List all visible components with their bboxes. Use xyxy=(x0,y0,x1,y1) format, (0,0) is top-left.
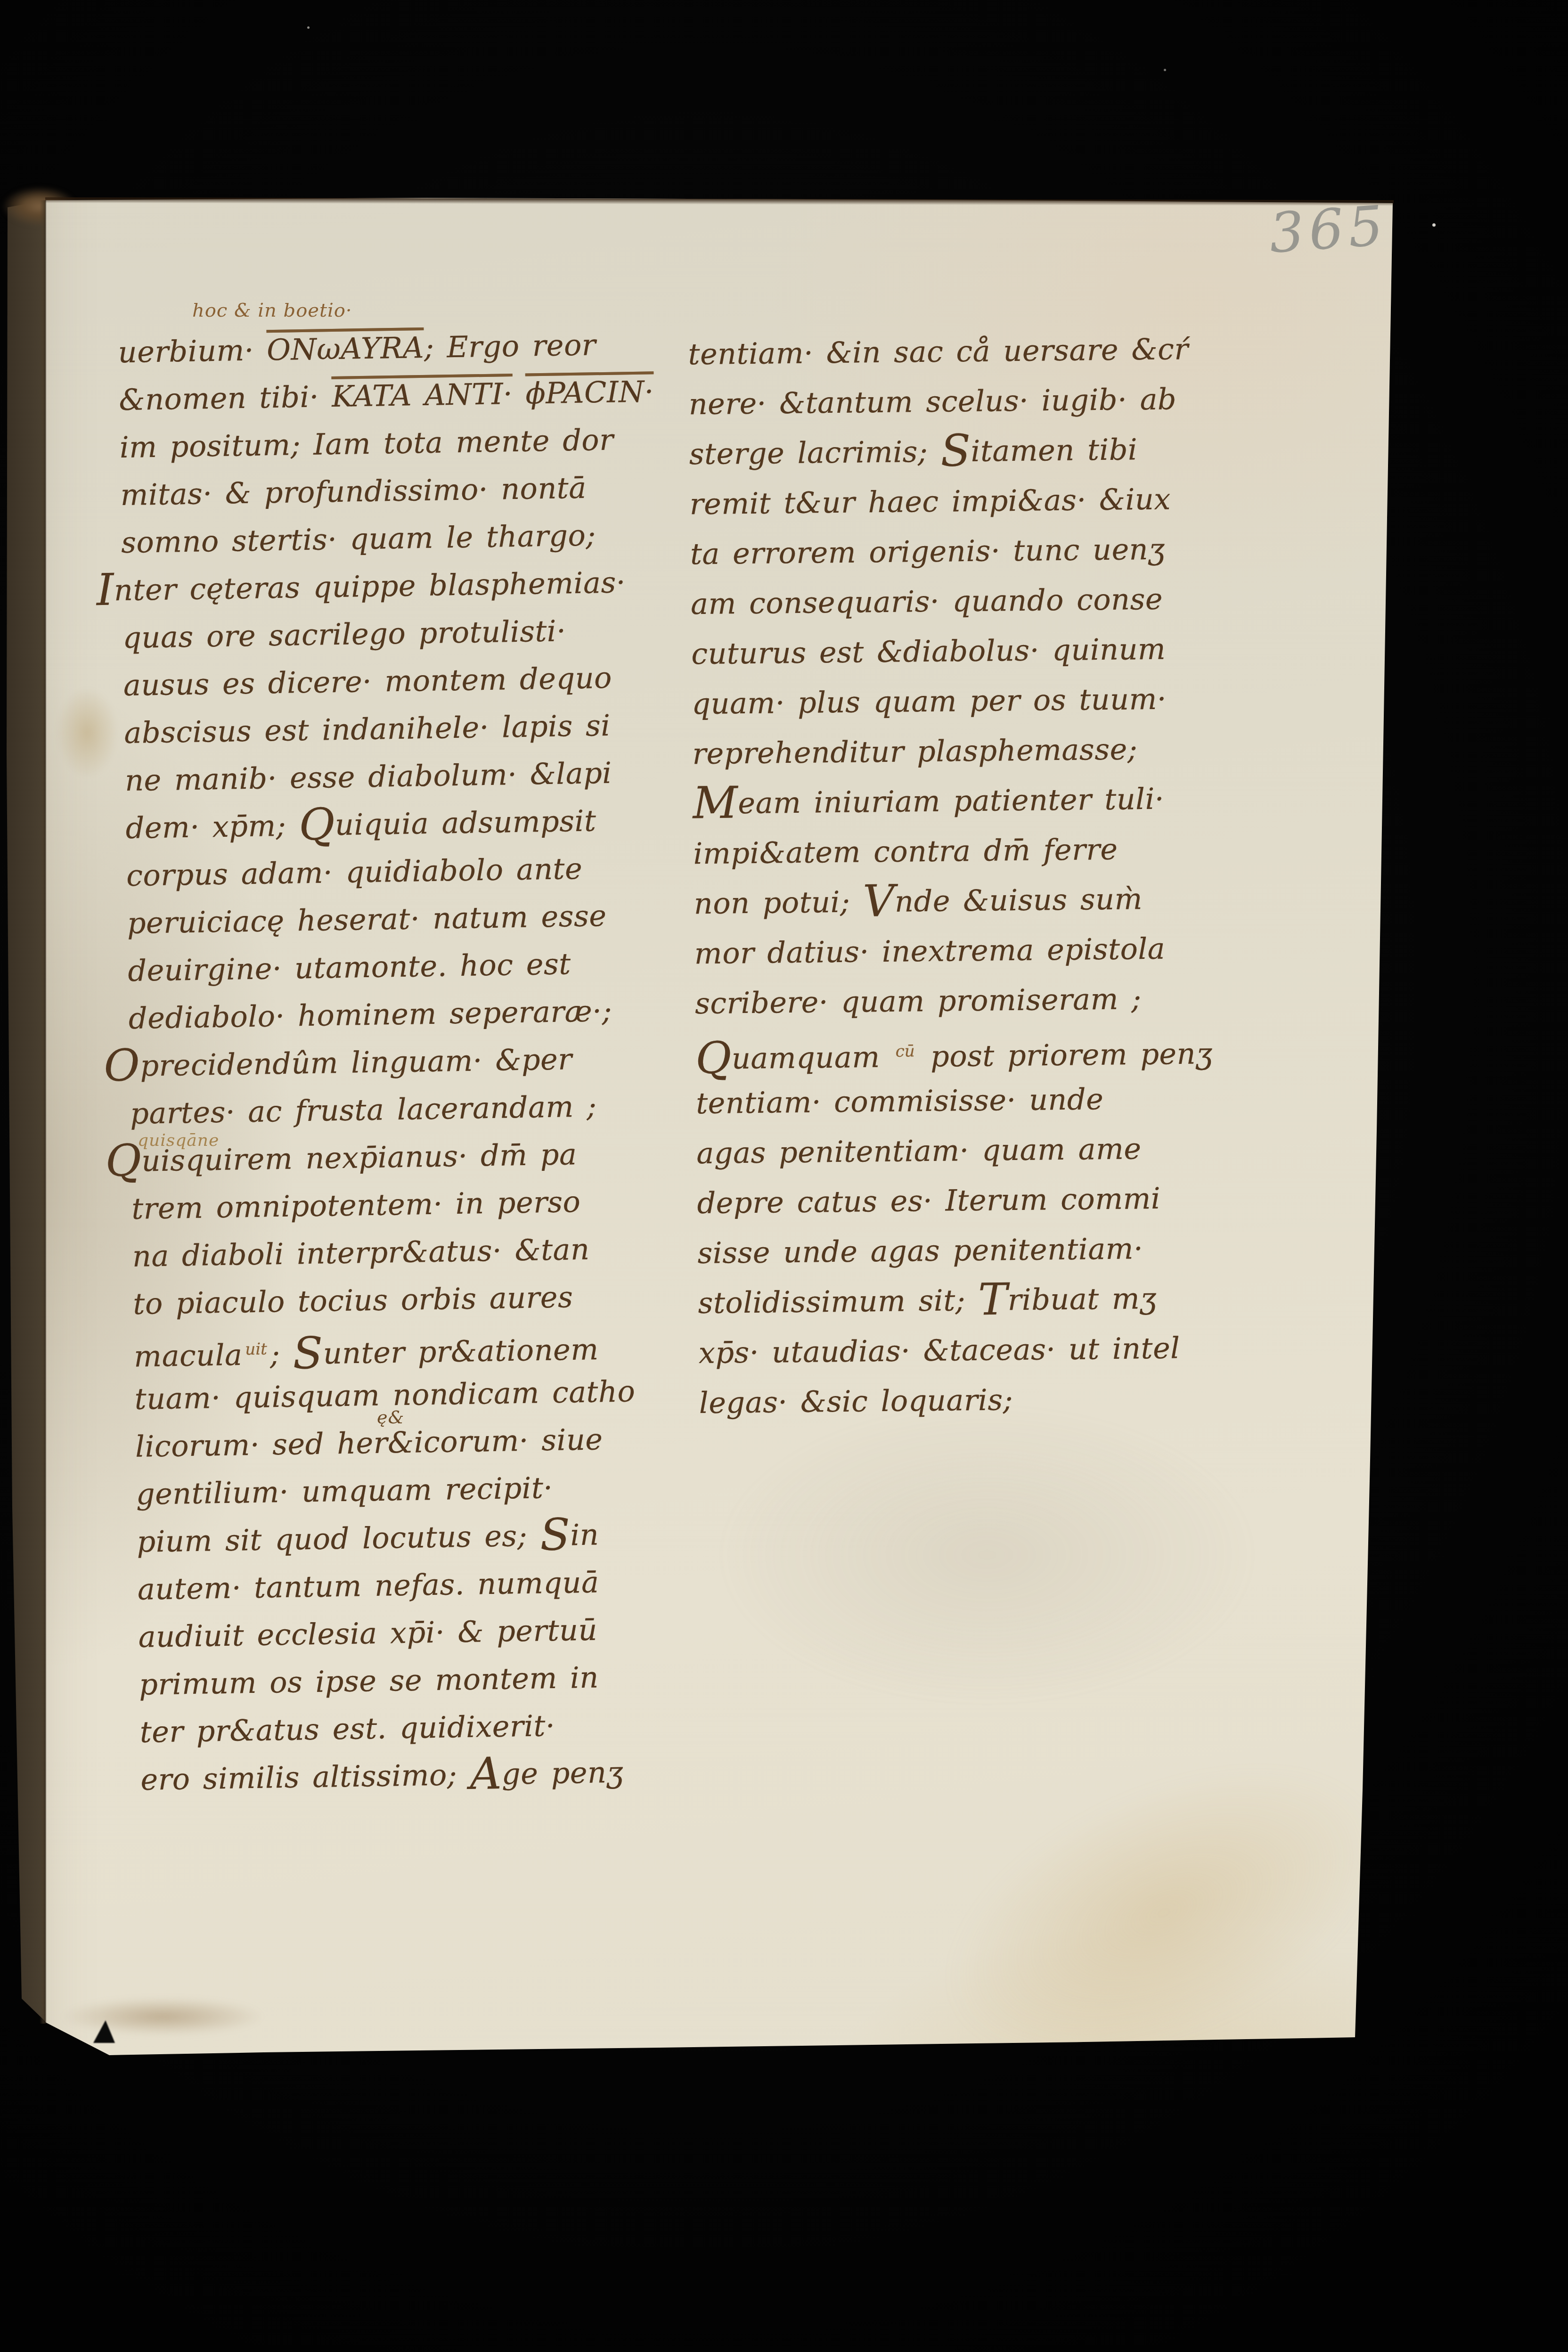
text-line: autem· tantum nefas. numquā xyxy=(112,1557,706,1614)
text-line: na diaboli interpr&atus· &tan xyxy=(106,1224,701,1281)
text-line: depre catus es· Iterum commi xyxy=(662,1172,1275,1229)
dust-speck xyxy=(1432,223,1436,227)
drop-cap: S xyxy=(293,1328,324,1379)
tie-overline: ONωAYRA xyxy=(267,330,425,367)
dust-speck xyxy=(1164,69,1166,71)
text-line: non potui; Vnde &uisus sum̀ xyxy=(659,873,1272,929)
parchment-hole-mark xyxy=(93,2020,115,2043)
drop-cap: A xyxy=(469,1748,502,1799)
text-line: Inter cęteras quippe blasphemias· xyxy=(96,557,690,614)
text-line: dem· xp̄m; Quiquia adsumpsit xyxy=(100,795,694,852)
text-line: to piaculo tocius orbis aures xyxy=(107,1271,702,1328)
text-line: peruiciacę heserat· natum esse xyxy=(101,890,695,947)
text-line: agas penitentiam· quam ame xyxy=(661,1122,1274,1179)
text-line: quas ore sacrilego protulisti· xyxy=(97,605,691,662)
drop-cap: Q xyxy=(298,799,335,850)
text-line: legas· &sic loquaris; xyxy=(664,1372,1277,1429)
text-line: xp̄s· utaudias· &taceas· ut intel xyxy=(663,1322,1276,1379)
text-line: stolidissimum sit; Tribuat mʒ xyxy=(663,1272,1276,1329)
text-line: ero similis altissimo; Age penʒ xyxy=(115,1747,709,1804)
text-line: nere· &tantum scelus· iugib· ab xyxy=(653,373,1266,430)
text-line: ausus es dicere· montem dequo xyxy=(98,653,692,710)
drop-cap: S xyxy=(539,1509,571,1560)
drop-cap: I xyxy=(96,564,114,616)
ink-showthrough xyxy=(716,1404,1258,1706)
text-line: cuturus est &diabolus· quinum xyxy=(656,623,1269,679)
text-line: ne manib· esse diabolum· &lapi xyxy=(99,748,693,805)
text-line: sisse unde agas penitentiam· xyxy=(662,1222,1275,1279)
drop-cap: O xyxy=(104,1040,140,1091)
text-line: im positum; Iam tota mente dor xyxy=(94,415,688,472)
text-line: Meam iniuriam patienter tuli· xyxy=(658,773,1271,829)
drop-cap: M xyxy=(693,777,738,828)
text-line: Quamquam cū post priorem penʒ xyxy=(661,1022,1274,1079)
text-line: quam· plus quam per os tuum· xyxy=(657,673,1270,729)
text-line: scribere· quam promiseram ; xyxy=(660,972,1273,1029)
drop-cap: S xyxy=(940,425,971,476)
parchment-page: 365 hoc & in boetio· quisqāne ę& uerbium… xyxy=(0,0,1568,2352)
text-line: mitas· & profundissimo· nontā xyxy=(95,462,689,519)
text-line: tentiam· &in sac cå uersare &cŕ xyxy=(653,323,1266,380)
superscript-gloss: uit xyxy=(245,1339,267,1359)
text-line: remit t&ur haec impi&as· &iux xyxy=(654,473,1267,530)
tie-overline: KATA ANTI· xyxy=(331,376,513,414)
superscript-gloss: cū xyxy=(895,1042,915,1061)
tie-overline: ϕPACIN· xyxy=(525,374,654,410)
text-line: Oprecidendûm linguam· &per xyxy=(104,1033,698,1090)
text-line: audiuit ecclesia xp̄i· & pertuū xyxy=(113,1604,707,1661)
text-line: corpus adam· quidiabolo ante xyxy=(100,843,694,900)
stain xyxy=(903,1707,1425,2119)
text-line: abscisus est indanihele· lapis si xyxy=(98,700,693,757)
text-line: uerbium· ONωAYRA; Ergo reor xyxy=(92,319,686,376)
text-line: deuirgine· utamonte. hoc est xyxy=(102,938,696,995)
dust-speck xyxy=(307,26,310,29)
manuscript-photo: 365 hoc & in boetio· quisqāne ę& uerbium… xyxy=(0,0,1568,2352)
text-line: gentilium· umquam recipit· xyxy=(110,1462,704,1519)
text-line: primum os ipse se montem in xyxy=(113,1652,707,1709)
stain xyxy=(61,1998,264,2035)
text-line: &nomen tibi· KATA ANTI· ϕPACIN· xyxy=(93,367,687,424)
text-line: pium sit quod locutus es; Sin xyxy=(111,1509,705,1566)
text-line: Quisquirem nexp̄ianus· dm̄ pa xyxy=(105,1128,699,1185)
text-line: mor datius· inextrema epistola xyxy=(659,923,1272,979)
text-column-left: uerbium· ONωAYRA; Ergo reor&nomen tibi· … xyxy=(92,319,709,1804)
text-line: impi&atem contra dm̄ ferre xyxy=(658,823,1271,879)
text-line: somno stertis· quam le thargo; xyxy=(95,510,689,567)
text-column-right: tentiam· &in sac cå uersare &cŕnere· &ta… xyxy=(653,323,1277,1428)
text-line: partes· ac frusta lacerandam ; xyxy=(104,1081,698,1138)
text-line: sterge lacrimis; Sitamen tibi xyxy=(654,423,1267,480)
text-line: tentiam· commisisse· unde xyxy=(661,1072,1274,1129)
text-line: ta errorem origenis· tunc uenʒ xyxy=(655,523,1268,580)
drop-cap: Q xyxy=(105,1135,142,1186)
text-line: tuam· quisquam nondicam catho xyxy=(109,1366,703,1423)
text-line: licorum· sed her&icorum· siue xyxy=(109,1414,703,1471)
text-line: dediabolo· hominem seperaræ·; xyxy=(103,986,697,1043)
text-line: reprehenditur plasphemasse; xyxy=(657,723,1270,779)
text-line: trem omnipotentem· in perso xyxy=(106,1176,700,1233)
drop-cap: V xyxy=(863,875,895,927)
drop-cap: Q xyxy=(695,1032,732,1084)
text-line: maculauit; Sunter pr&ationem xyxy=(108,1319,702,1376)
drop-cap: T xyxy=(978,1274,1008,1325)
interlinear-gloss-top: hoc & in boetio· xyxy=(192,300,352,321)
text-line: am consequaris· quando conse xyxy=(656,573,1269,629)
gutter-crease-shadow xyxy=(40,200,46,2024)
text-line: ter pr&atus est. quidixerit· xyxy=(114,1699,708,1756)
